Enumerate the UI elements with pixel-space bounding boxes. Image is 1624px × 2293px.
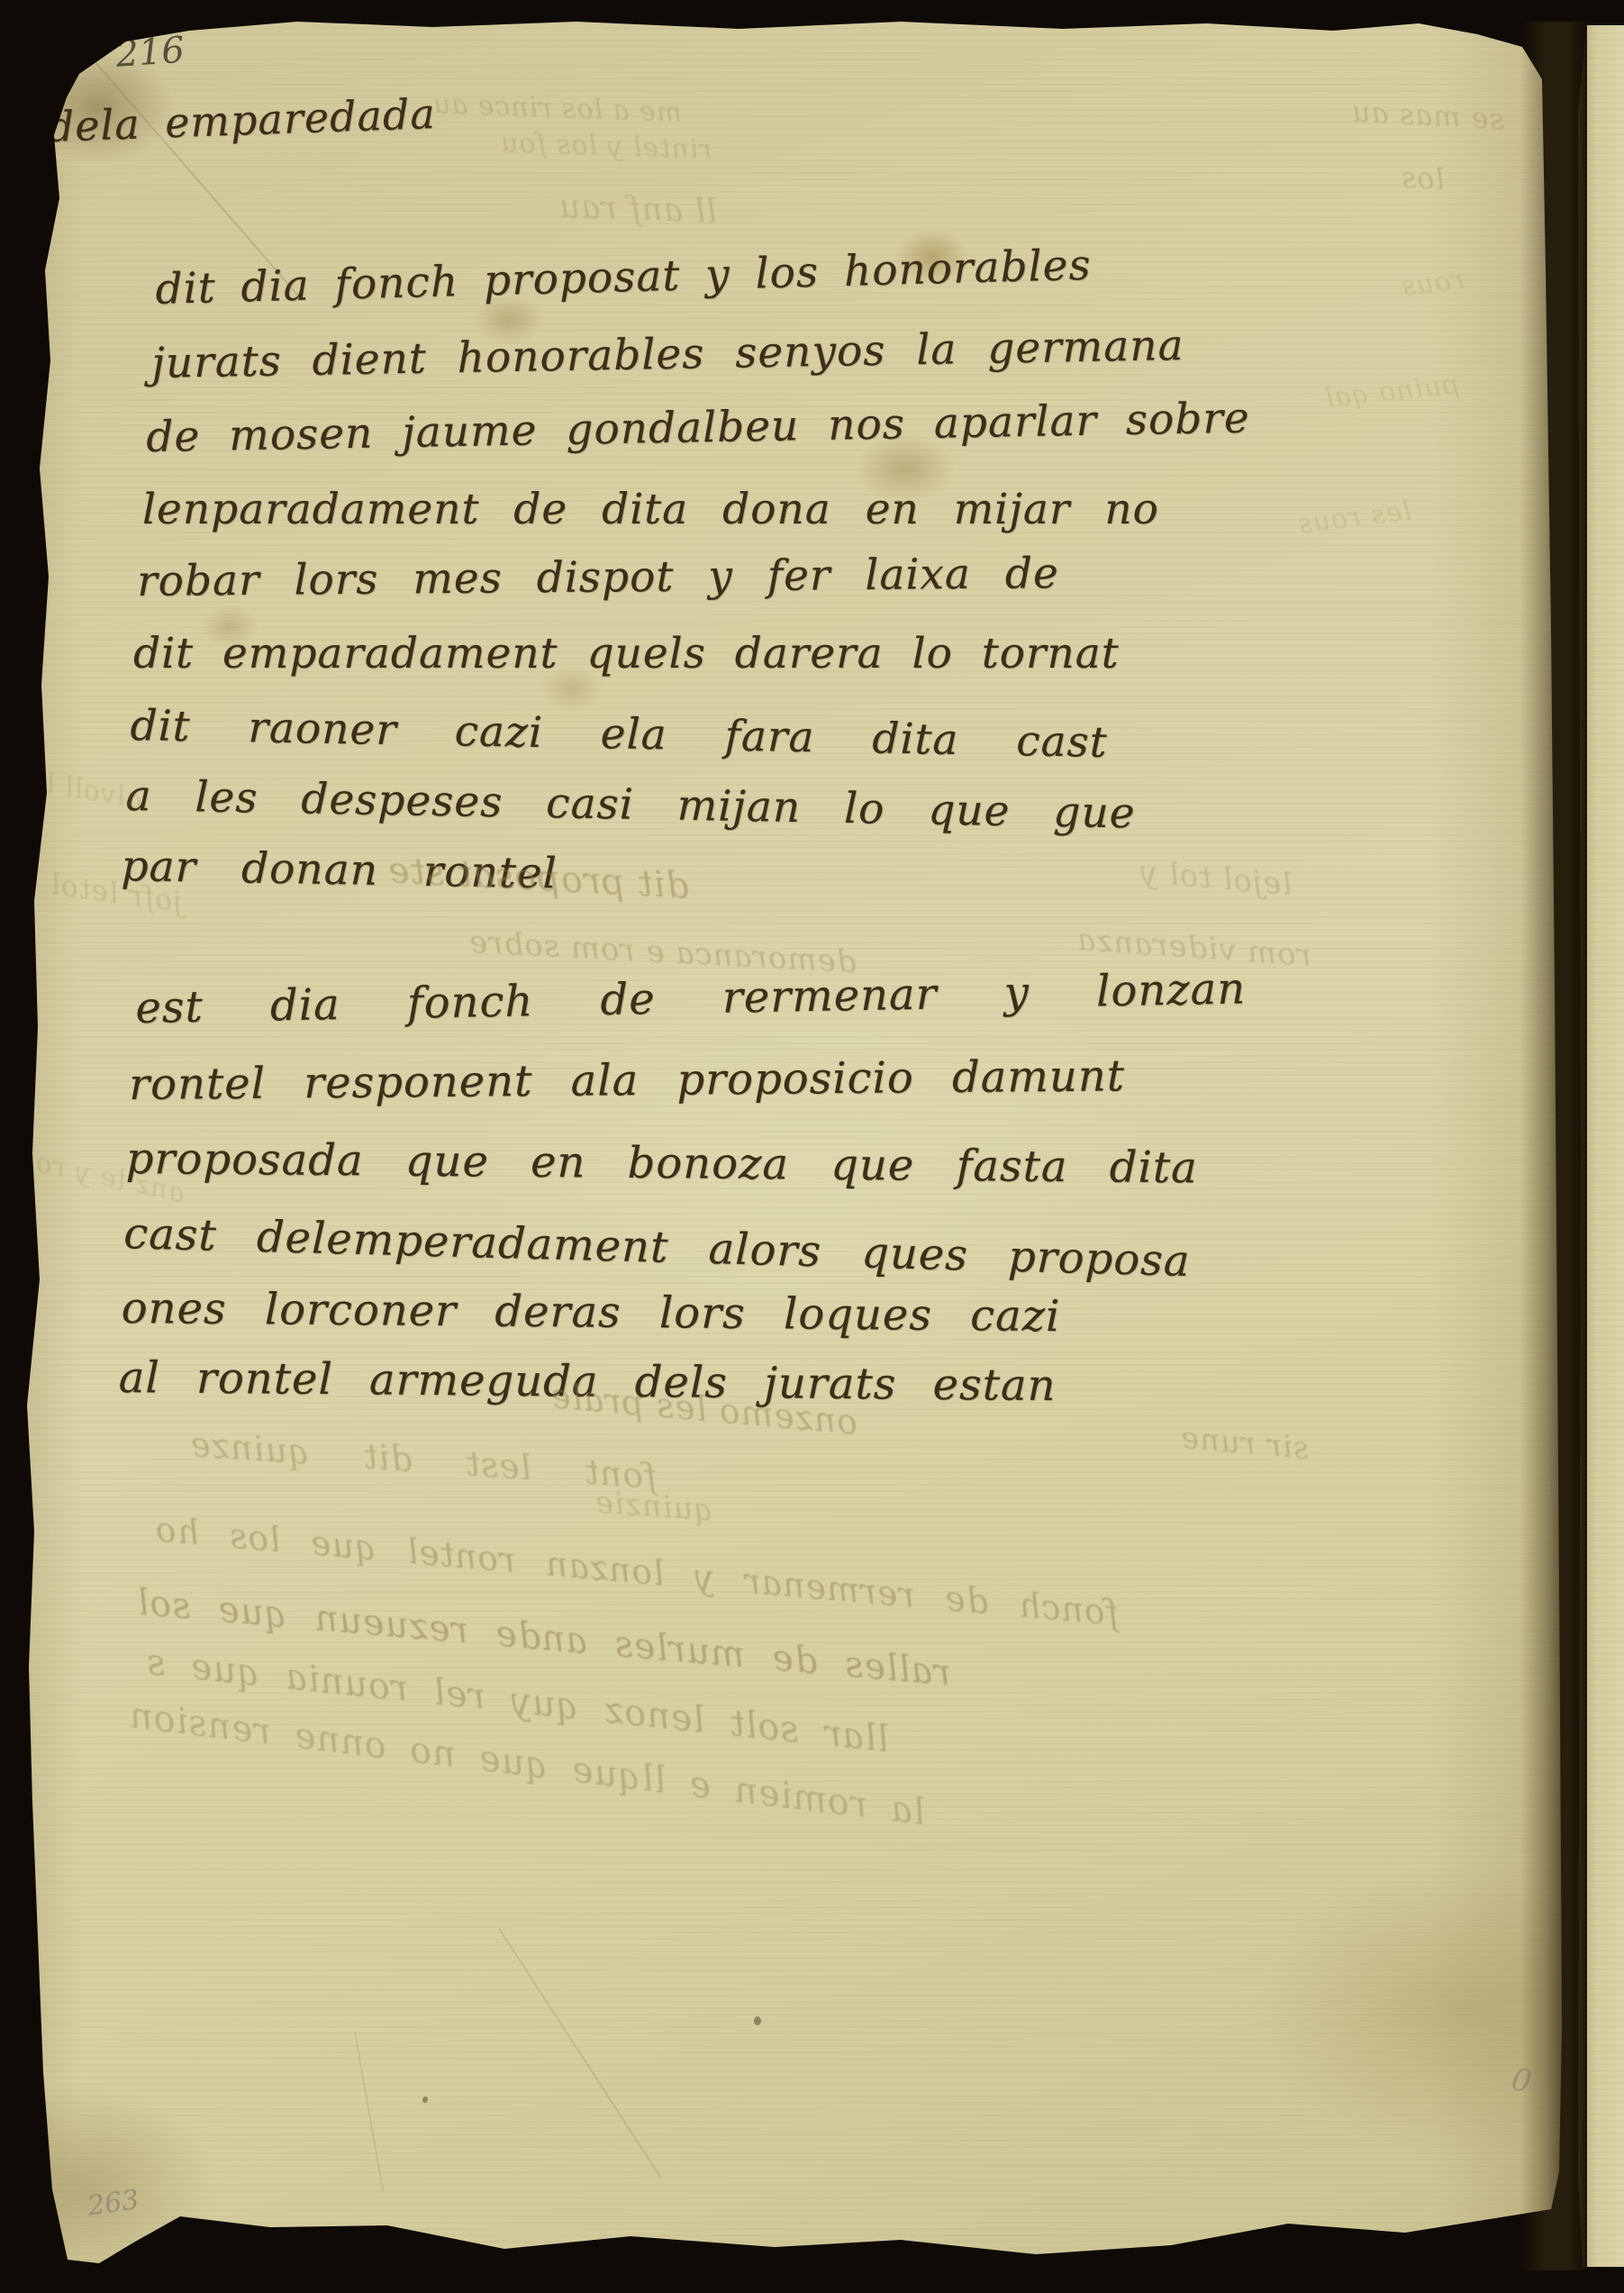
bleedthrough-line: ll anf rau bbox=[558, 191, 717, 229]
p1-line-8: a les despeses casi mijan lo que gue bbox=[125, 775, 1136, 835]
paper-crease bbox=[354, 2032, 384, 2192]
page-heading: dela emparedada bbox=[47, 93, 436, 148]
ink-speck bbox=[422, 2097, 428, 2103]
paper-crease bbox=[84, 50, 298, 296]
bleedthrough-line: demoranca e rom sobre bbox=[467, 927, 857, 978]
bleedthrough-line: dit proposat ste bbox=[386, 852, 690, 904]
manuscript-scan: 216 dela emparedada me a los rince au ri… bbox=[0, 0, 1624, 2293]
bleedthrough-line: me a los rince au bbox=[432, 91, 683, 127]
binding-gutter-shadow bbox=[1520, 22, 1587, 2270]
bleedthrough-line: se mas au bbox=[1350, 97, 1505, 134]
ink-speck bbox=[754, 2016, 761, 2025]
bleedthrough-line: puino qal bbox=[1323, 371, 1461, 413]
bottom-page-number: 263 bbox=[86, 2184, 141, 2223]
p2-line-1: est dia fonch de rermenar y lonzan bbox=[135, 967, 1247, 1030]
p1-line-6: dit emparadament quels darera lo tornat bbox=[133, 632, 1120, 675]
p2-line-2: rontel responent ala proposicio damunt bbox=[129, 1054, 1125, 1106]
bleedthrough-line: quinzie bbox=[594, 1487, 714, 1525]
p1-line-7: dit raoner cazi ela fara dita cast bbox=[130, 705, 1108, 764]
bleedthrough-line: les rous bbox=[1296, 497, 1413, 538]
p1-line-5: robar lors mes dispot y fer laixa de bbox=[137, 552, 1059, 603]
bleedthrough-line: los bbox=[1400, 163, 1446, 195]
p1-line-2: jurats dient honorables senyos la german… bbox=[151, 324, 1184, 385]
p1-line-4: lenparadament de dita dona en mijar no bbox=[142, 488, 1159, 531]
folio-number: 216 bbox=[114, 30, 186, 76]
p1-line-1: dit dia fonch proposat y los honorables bbox=[155, 244, 1092, 311]
p2-line-3: proposada que en bonoza que fasta dita bbox=[126, 1137, 1198, 1189]
p1-line-3: de mosen jaume gondalbeu nos aparlar sob… bbox=[146, 397, 1250, 459]
p2-line-5: ones lorconer deras lors loques cazi bbox=[122, 1287, 1061, 1338]
paper-crease bbox=[498, 1928, 661, 2179]
bleedthrough-line: sir rune bbox=[1179, 1423, 1311, 1464]
bleedthrough-line: alvoll lluo bbox=[0, 762, 144, 814]
bleedthrough-line: font lest dit quinze bbox=[188, 1427, 658, 1494]
manuscript-page: 216 dela emparedada me a los rince au ri… bbox=[0, 0, 1624, 2293]
p2-line-4: cast delemperadament alors ques proposa bbox=[123, 1212, 1191, 1283]
bleedthrough-line: rous bbox=[1399, 267, 1465, 301]
bleedthrough-line: rintel y los fou bbox=[500, 130, 713, 164]
bleedthrough-line: lejol tol y bbox=[1139, 857, 1293, 901]
